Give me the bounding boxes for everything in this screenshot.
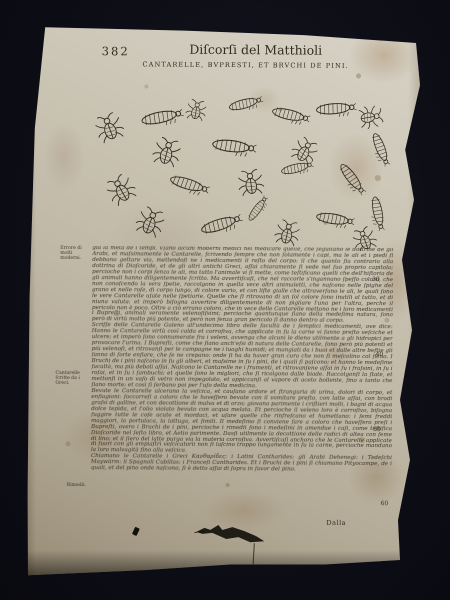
larva-figure <box>228 95 264 115</box>
beetle-figure <box>134 205 167 238</box>
body-text: già la metà de i tempi. Vſano alcuni mod… <box>90 246 393 516</box>
larva-figure <box>247 195 271 224</box>
beetle-figure <box>359 104 384 129</box>
paper-tear-crack <box>253 543 256 564</box>
larva-figure <box>141 108 185 130</box>
larva-figure <box>281 160 315 178</box>
beetle-figure <box>151 136 183 167</box>
body-paragraph: Scriſſe delle Cantarelle Galeno all'unde… <box>91 323 392 391</box>
wormhole <box>132 527 140 536</box>
foxing-spots <box>26 15 28 17</box>
larva-figure <box>212 139 257 158</box>
line-number-40: 40 <box>376 351 384 358</box>
margin-note-error: Errore di molti moderni. <box>60 246 90 262</box>
margin-note-cantarelle: Cantarelle ſcritte da i Greci. <box>55 371 89 387</box>
beetle-figure <box>289 135 321 166</box>
beetle-figure <box>237 169 265 196</box>
photo-background: 382 Diſcorſi del Matthioli CANTARELLE, B… <box>0 0 450 600</box>
book-page: 382 Diſcorſi del Matthioli CANTARELLE, B… <box>24 16 424 578</box>
chapter-heading: CANTARELLE, BVPRESTI, ET BRVCHI DE PINI. <box>96 60 396 70</box>
beetle-figure <box>185 99 208 121</box>
larva-figure <box>316 212 355 230</box>
beetle-figure <box>103 172 138 207</box>
larva-figure <box>336 162 367 198</box>
larva-figure <box>168 174 210 198</box>
catchword: Dalla <box>326 519 346 527</box>
body-paragraph: già la metà de i tempi. Vſano alcuni mod… <box>92 246 394 325</box>
ink-smudge <box>194 521 278 548</box>
larva-figure <box>200 213 244 239</box>
larva-figure <box>368 196 386 232</box>
body-paragraph: Bevute le Cantarelle ulcerano la veſcica… <box>91 389 392 457</box>
running-head: Diſcorſi del Matthioli <box>106 41 406 58</box>
woodcut-insects-illustration <box>80 87 393 251</box>
larva-figure <box>316 102 357 118</box>
beetle-figure <box>93 111 126 144</box>
line-number-30: 30 <box>372 276 380 283</box>
larva-figure <box>271 106 311 126</box>
body-paragraph: Chiamano le Cantarelle i Greci Κανθαρίδε… <box>91 454 392 474</box>
larva-figure <box>368 132 391 168</box>
beetle-figure <box>274 219 302 246</box>
page-content: 382 Diſcorſi del Matthioli CANTARELLE, B… <box>22 15 426 580</box>
line-number-60: 60 <box>381 500 389 507</box>
line-number-50: 50 <box>373 426 381 433</box>
